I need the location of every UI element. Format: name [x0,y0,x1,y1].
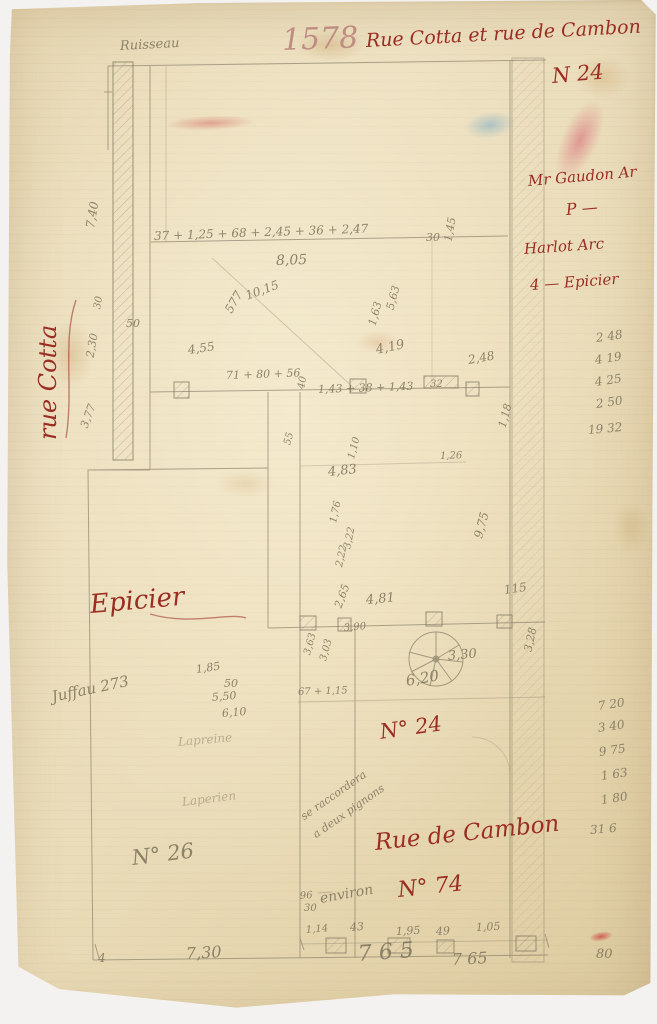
pencil-light-annotation: Lapreine [177,731,232,748]
margin-name-line2: P — [565,199,598,218]
pencil-annotation: 1,26 [440,451,463,462]
pencil-light-annotation: Laperien [181,789,236,808]
pencil-annotation: 2,30 [85,332,100,358]
pencil-annotation: 67 + 1,15 [298,686,348,698]
house-number-top: N 24 [551,62,604,87]
juffau-note: Juffau 273 [50,674,130,705]
pencil-annotation: 10,15 [244,279,280,302]
pencil-annotation: 1,18 [497,402,514,429]
pencil-annotation: 30 [426,232,440,243]
pencil-annotation: 3 40 [597,718,625,734]
pencil-annotation: 2,65 [333,583,352,610]
pencil-annotation: 6,20 [405,668,441,689]
pencil-annotation: 40 [297,376,309,390]
pencil-annotation: 3,03 [319,638,334,662]
pencil-annotation: 9,75 [472,511,491,540]
street-left-vertical: rue Cotta [36,325,60,440]
pencil-annotation: 71 + 80 + 56 [226,367,301,381]
dim-bottom-center: 765 [357,940,421,966]
pencil-annotation: 115 [503,581,527,596]
pencil-annotation: 4,55 [187,340,215,356]
paper-sheet: 1578Rue Cotta et rue de CambonN 24Mr Gau… [0,0,657,1024]
pencil-annotation: 3,90 [344,622,367,634]
pencil-annotation: 4,19 [375,338,406,357]
no74-label: N° 74 [397,873,464,902]
pencil-annotation: 49 [436,925,451,937]
pencil-annotation: 1,76 [329,500,343,524]
pencil-annotation: 2 50 [595,394,623,410]
pencil-annotation: 1,05 [476,921,501,933]
pencil-annotation: 30 [93,296,105,310]
pencil-annotation: 1,63 [367,300,384,327]
pencil-annotation: 50 [224,678,238,689]
plan-number: 1578 [281,23,358,56]
epicier-label: Epicier [89,584,186,618]
pencil-annotation: 577 [223,289,245,315]
pencil-annotation: 43 [350,921,365,933]
no26-label: N° 26 [131,840,195,868]
pencil-annotation: 1,10 [347,436,362,460]
pencil-annotation: 3,77 [79,403,98,430]
pencil-annotation: 37 + 1,25 + 68 + 2,45 + 36 + 2,47 [154,223,369,242]
pencil-annotation: 31 6 [589,822,617,836]
pencil-annotation: 9 75 [598,742,626,758]
pencil-annotation: 80 [596,948,613,961]
pencil-annotation: 4 [98,952,106,964]
pencil-annotation: 4,83 [327,463,357,479]
pencil-annotation: 6,10 [222,706,247,719]
pencil-annotation: 2 48 [595,328,623,344]
annotations-layer: 1578Rue Cotta et rue de CambonN 24Mr Gau… [0,0,657,1024]
pencil-annotation: 3,30 [447,648,477,663]
pencil-annotation: 3,28 [523,626,539,652]
rue-cambon-label: Rue de Cambon [374,813,561,855]
margin-name-line4: 4 — Epicier [529,272,619,293]
pencil-annotation: 5,50 [212,690,237,703]
pencil-annotation: 4 25 [594,372,622,388]
ruisseau-label: Ruisseau [120,37,180,53]
pencil-annotation: 3,63 [303,632,318,656]
pencil-annotation: 1,43 + 38 + 1,43 [318,381,414,395]
pencil-annotation: 2,48 [467,349,495,365]
dim-bottom-left: 7,30 [186,944,222,962]
pencil-annotation: 4,81 [365,592,395,607]
pencil-annotation: 19 32 [587,421,622,436]
photo-backdrop: 1578Rue Cotta et rue de CambonN 24Mr Gau… [0,0,657,1024]
pencil-annotation: 96 [300,891,314,902]
pencil-annotation: 7 20 [597,696,625,712]
no24-label: N° 24 [379,713,444,742]
pencil-annotation: 2,22 [335,544,349,568]
pencil-annotation: 32 [430,380,443,390]
pencil-annotation: 1,95 [396,925,421,937]
pencil-annotation: 8,05 [276,253,308,268]
environ-label: environ [319,883,374,906]
pencil-annotation: 55 [283,431,296,446]
pencil-annotation: 4 19 [594,350,622,366]
dim-bottom-right: 7 65 [452,950,488,968]
pencil-annotation: 1 80 [600,790,628,806]
street-title: Rue Cotta et rue de Cambon [366,18,642,51]
pencil-annotation: 7,40 [84,201,100,229]
pencil-annotation: 1,14 [306,924,329,936]
pencil-annotation: 1,85 [195,661,221,675]
pencil-annotation: 50 [126,318,140,329]
pencil-annotation: 1,45 [443,216,458,242]
margin-name-line3: Harlot Arc [523,236,604,257]
pencil-annotation: 5,63 [385,284,402,311]
pencil-annotation: 1 63 [600,766,628,782]
pencil-annotation: 30 [304,904,317,914]
margin-name-line1: Mr Gaudon Ar [527,165,637,189]
